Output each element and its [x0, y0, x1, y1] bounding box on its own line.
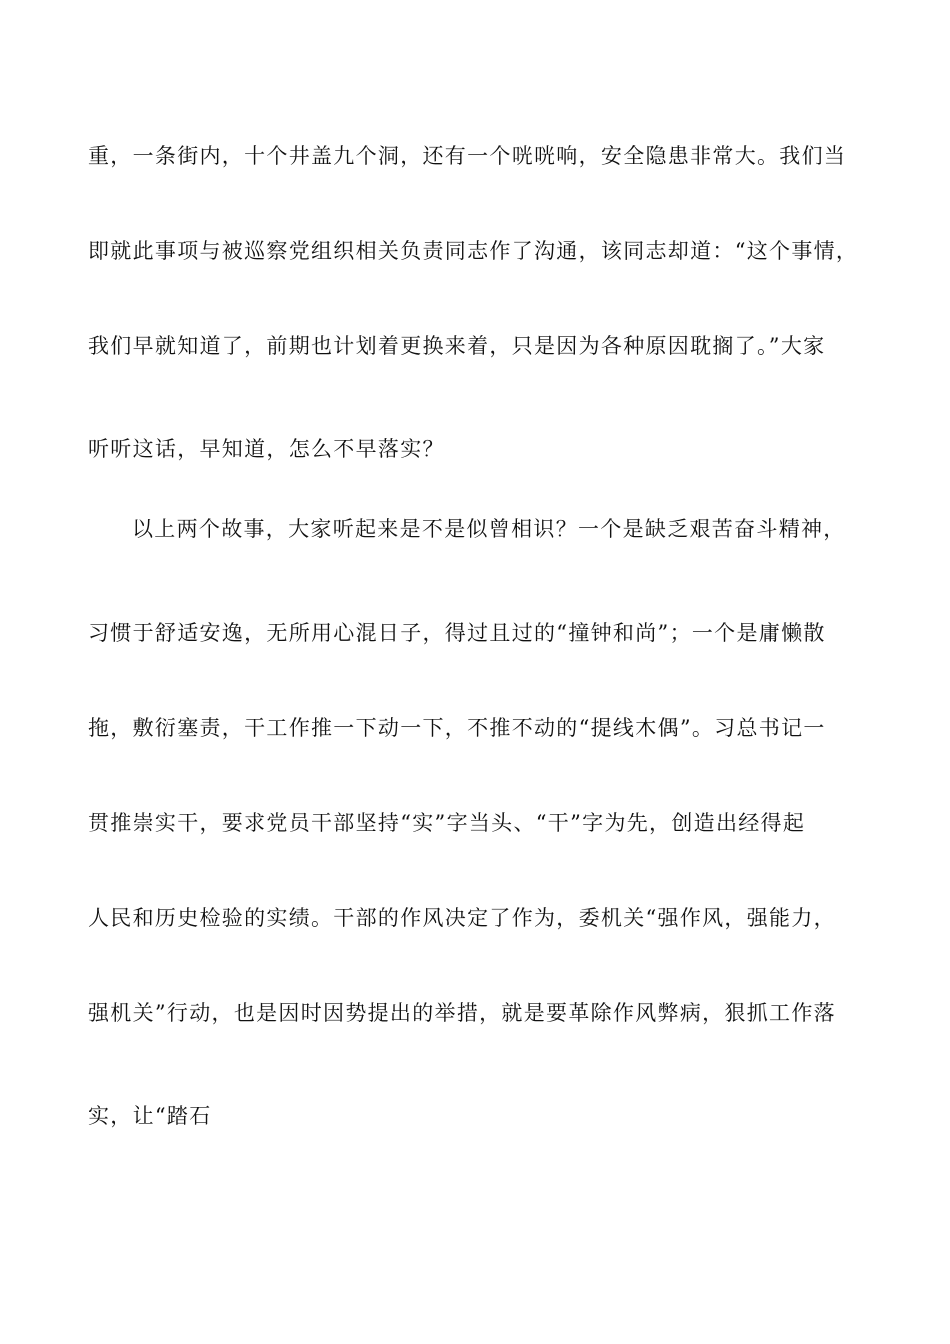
document-page: 重，一条街内，十个井盖九个洞，还有一个咣咣响，安全隐患非常大。我们当 即就此事项… — [0, 0, 950, 1344]
paragraph-line: 强机关”行动，也是因时因势提出的举措，就是要革除作风弊病，狠抓工作落 — [88, 998, 836, 1028]
paragraph-line: 实，让“踏石 — [88, 1101, 212, 1131]
paragraph-line: 重，一条街内，十个井盖九个洞，还有一个咣咣响，安全隐患非常大。我们当 — [88, 141, 846, 171]
paragraph-line: 人民和历史检验的实绩。干部的作风决定了作为，委机关“强作风，强能力， — [88, 903, 836, 933]
paragraph-line: 贯推崇实干，要求党员干部坚持“实”字当头、“干”字为先，创造出经得起 — [88, 808, 805, 838]
paragraph-line: 我们早就知道了，前期也计划着更换来着，只是因为各种原因耽搁了。”大家 — [88, 331, 825, 361]
paragraph-line: 即就此事项与被巡察党组织相关负责同志作了沟通，该同志却道：“这个事情， — [88, 236, 858, 266]
paragraph-line: 习惯于舒适安逸，无所用心混日子，得过且过的“撞钟和尚”；一个是庸懒散 — [88, 618, 826, 648]
paragraph-line-indented: 以上两个故事，大家听起来是不是似曾相识？一个是缺乏艰苦奋斗精神， — [132, 514, 846, 544]
paragraph-line: 拖，敷衍塞责，干工作推一下动一下，不推不动的“提线木偶”。习总书记一 — [88, 713, 826, 743]
paragraph-line: 听听这话，早知道，怎么不早落实？ — [88, 434, 445, 464]
